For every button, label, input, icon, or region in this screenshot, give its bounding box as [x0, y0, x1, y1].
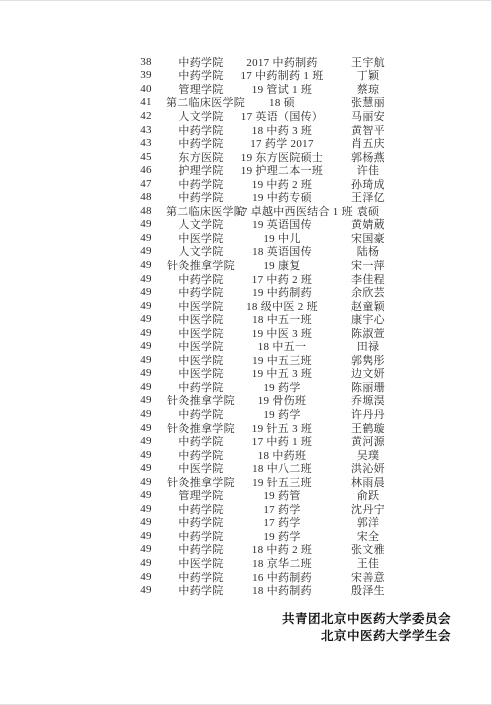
- row-number-cell: 49: [126, 476, 166, 488]
- row-number-cell: 49: [126, 245, 166, 257]
- row-number-cell: 49: [126, 273, 166, 285]
- row-number-cell: 48: [126, 205, 166, 217]
- row-number-cell: 46: [126, 164, 166, 176]
- row-number-cell: 49: [126, 259, 166, 271]
- row-number-cell: 49: [126, 381, 166, 393]
- row-number-cell: 49: [126, 218, 166, 230]
- row-number-cell: 42: [126, 110, 166, 122]
- row-number-cell: 49: [126, 286, 166, 298]
- row-number-cell: 47: [126, 178, 166, 190]
- row-number-cell: 49: [126, 584, 166, 596]
- row-number-cell: 39: [126, 69, 166, 81]
- table-row: 49 中药学院 18 中药制药 殷泽生: [126, 583, 408, 597]
- row-number-cell: 49: [126, 489, 166, 501]
- row-number-cell: 49: [126, 367, 166, 379]
- row-number-cell: 49: [126, 530, 166, 542]
- row-number-cell: 49: [126, 313, 166, 325]
- row-number-cell: 45: [126, 151, 166, 163]
- roster-table: 38 中药学院 2017 中药制药 王宇航 39 中药学院 17 中药制药 1 …: [126, 55, 408, 597]
- row-number-cell: 49: [126, 394, 166, 406]
- row-number-cell: 49: [126, 340, 166, 352]
- signature-line-committee: 共青团北京中医药大学委员会: [282, 611, 451, 628]
- row-number-cell: 49: [126, 571, 166, 583]
- row-number-cell: 49: [126, 516, 166, 528]
- row-number-cell: 38: [126, 56, 166, 68]
- row-number-cell: 49: [126, 408, 166, 420]
- row-number-cell: 49: [126, 503, 166, 515]
- row-number-cell: 49: [126, 543, 166, 555]
- name-cell: 殷泽生: [328, 582, 408, 598]
- college-cell: 中药学院: [166, 582, 236, 598]
- row-number-cell: 40: [126, 83, 166, 95]
- signature-line-student-union: 北京中医药大学学生会: [282, 628, 451, 645]
- signature-block: 共青团北京中医药大学委员会 北京中医药大学学生会: [282, 611, 451, 644]
- row-number-cell: 49: [126, 435, 166, 447]
- row-number-cell: 48: [126, 191, 166, 203]
- row-number-cell: 49: [126, 557, 166, 569]
- row-number-cell: 43: [126, 137, 166, 149]
- row-number-cell: 49: [126, 462, 166, 474]
- row-number-cell: 49: [126, 327, 166, 339]
- row-number-cell: 49: [126, 422, 166, 434]
- row-number-cell: 43: [126, 124, 166, 136]
- row-number-cell: 49: [126, 300, 166, 312]
- class-cell: 18 中药制药: [236, 582, 328, 598]
- row-number-cell: 49: [126, 354, 166, 366]
- row-number-cell: 49: [126, 449, 166, 461]
- document-page: 38 中药学院 2017 中药制药 王宇航 39 中药学院 17 中药制药 1 …: [0, 0, 492, 705]
- row-number-cell: 41: [126, 96, 166, 108]
- row-number-cell: 49: [126, 232, 166, 244]
